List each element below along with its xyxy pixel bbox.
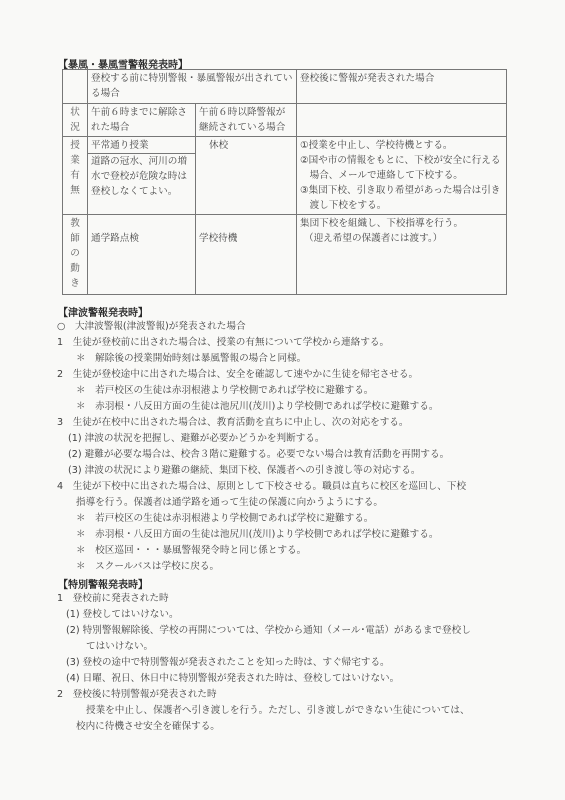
special-line: (4) 日曜、祝日、休日中に特別警報が発表された時は、登校してはいけない。 — [66, 672, 399, 685]
special-line: (2) 特別警報解除後、学校の再開については、学校から通知（メール･電話）がある… — [66, 624, 471, 637]
teachers-label: 教 師 の 動 き — [63, 215, 88, 295]
label-char: 状 — [63, 105, 87, 120]
tsunami-line: ＊ 若戸校区の生徒は赤羽根港より学校側であれば学校に避難する。 — [76, 512, 373, 525]
storm-warning-table: 登校する前に特別警報・暴風警報が出されている場合 登校後に警報が発表された場合 … — [62, 69, 507, 295]
table-header-row: 登校する前に特別警報・暴風警報が出されている場合 登校後に警報が発表された場合 — [63, 70, 507, 104]
label-char: き — [63, 276, 87, 291]
tsunami-line: ＊ 解除後の授業開始時刻は暴風警報の場合と同様。 — [76, 352, 306, 365]
cleared-by-6-cell: 午前６時までに解除された場合 — [88, 104, 196, 137]
normal-classes-text: 平常通り授業 — [91, 138, 192, 153]
before-school-header: 登校する前に特別警報・暴風警報が出されている場合 — [88, 70, 297, 104]
school-standby-cell: 学校待機 — [196, 215, 297, 295]
classes-label: 授 業 有 無 — [63, 137, 88, 215]
special-line: 校内に待機させ安全を確保する。 — [76, 720, 220, 733]
special-line: (3) 登校の途中で特別警報が発表されたことを知った時は、すぐ帰宅する。 — [66, 656, 390, 669]
classes-cleared-cell: 平常通り授業 道路の冠水、河川の増水で登校が危険な時は登校しなくてよい。 — [88, 137, 196, 215]
label-char: 有 — [63, 168, 87, 183]
tsunami-warning-heading: 【津波警報発表時】 — [58, 304, 148, 319]
label-char: の — [63, 246, 87, 261]
situation-label: 状 況 — [63, 104, 88, 137]
label-char: 授 — [63, 138, 87, 153]
teachers-after-cell: 集団下校を組織し、下校指導を行う。 （迎え希望の保護者には渡す。） — [297, 215, 507, 295]
pickup-note-text: （迎え希望の保護者には渡す。） — [300, 231, 503, 246]
school-closed-text: 休校 — [199, 140, 228, 151]
teachers-row: 教 師 の 動 き 通学路点検 学校待機 集団下校を組織し、下校指導を行う。 （… — [63, 215, 507, 295]
special-warning-heading: 【特別警報発表時】 — [58, 576, 148, 591]
situation-row: 状 況 午前６時までに解除された場合 午前６時以降警報が継続されている場合 — [63, 104, 507, 137]
tsunami-line: ＊ 赤羽根・八反田方面の生徒は池尻川(茂川)より学校側であれば学校に避難する。 — [76, 528, 438, 541]
tsunami-line: (1) 津波の状況を把握し、避難が必要かどうかを判断する。 — [68, 432, 324, 445]
empty-corner-cell — [63, 70, 88, 104]
tsunami-line: 1 生徒が登校前に出された場合は、授業の有無について学校から連絡する。 — [57, 336, 389, 349]
tsunami-line: ＊ 校区巡回・・・暴風警報発令時と同じ係とする。 — [76, 544, 306, 557]
tsunami-line: (2) 避難が必要な場合は、校舎３階に避難する。必要でない場合は教育活動を再開す… — [68, 448, 449, 461]
tsunami-line: 3 生徒が在校中に出された場合は、教育活動を直ちに中止し、次の対応をする。 — [57, 416, 408, 429]
label-char: 動 — [63, 261, 87, 276]
classes-after-cell: ①授業を中止し、学校待機とする。 ②国や市の情報をもとに、下校が安全に行える場合… — [297, 137, 507, 215]
label-char: 況 — [63, 120, 87, 135]
tsunami-line: (3) 津波の状況により避難の継続、集団下校、保護者への引き渡し等の対応する。 — [68, 464, 420, 477]
tsunami-line: ○ 大津波警報(津波警報)が発表された場合 — [57, 320, 246, 333]
after-item-1: ①授業を中止し、学校待機とする。 — [300, 138, 503, 153]
label-char: 教 — [63, 216, 87, 231]
label-char: 無 — [63, 183, 87, 198]
after-item-2: ②国や市の情報をもとに、下校が安全に行える場合、メールで連絡して下校する。 — [300, 153, 503, 183]
classes-row: 授 業 有 無 平常通り授業 道路の冠水、河川の増水で登校が危険な時は登校しなく… — [63, 137, 507, 215]
tsunami-line: ＊ 若戸校区の生徒は赤羽根港より学校側であれば学校に避難する。 — [76, 384, 373, 397]
tsunami-line: ＊ 赤羽根・八反田方面の生徒は池尻川(茂川)より学校側であれば学校に避難する。 — [76, 400, 438, 413]
classes-continuing-cell: 休校 — [196, 137, 297, 215]
after-item-3: ③集団下校、引き取り希望があった場合は引き渡し下校をする。 — [300, 183, 503, 213]
tsunami-line: ＊ スクールバスは学校に戻る。 — [76, 560, 219, 573]
tsunami-line: 2 生徒が登校途中に出された場合は、安全を確認して速やかに生徒を帰宅させる。 — [57, 368, 418, 381]
flood-note-text: 道路の冠水、河川の増水で登校が危険な時は登校しなくてよい。 — [88, 153, 195, 199]
tsunami-line: 4 生徒が下校中に出された場合は、原則として下校させる。職員は直ちに校区を巡回し… — [57, 480, 466, 493]
label-char: 業 — [63, 153, 87, 168]
special-line: 授業を中止し、保護者へ引き渡しを行う。ただし、引き渡しができない生徒については、 — [86, 704, 470, 717]
group-dismissal-text: 集団下校を組織し、下校指導を行う。 — [300, 216, 503, 231]
situation-after-cell — [297, 104, 507, 137]
special-line: 2 登校後に特別警報が発表された時 — [57, 688, 217, 701]
special-line: 1 登校前に発表された時 — [57, 592, 169, 605]
continuing-after-6-cell: 午前６時以降警報が継続されている場合 — [196, 104, 297, 137]
tsunami-line: 指導を行う。保護者は通学路を通って生徒の保護に向かうようにする。 — [76, 496, 383, 509]
label-char: 師 — [63, 231, 87, 246]
after-school-header: 登校後に警報が発表された場合 — [297, 70, 507, 104]
special-line: てはいけない。 — [86, 640, 153, 653]
route-check-cell: 通学路点検 — [88, 215, 196, 295]
special-line: (1) 登校してはいけない。 — [66, 608, 179, 621]
